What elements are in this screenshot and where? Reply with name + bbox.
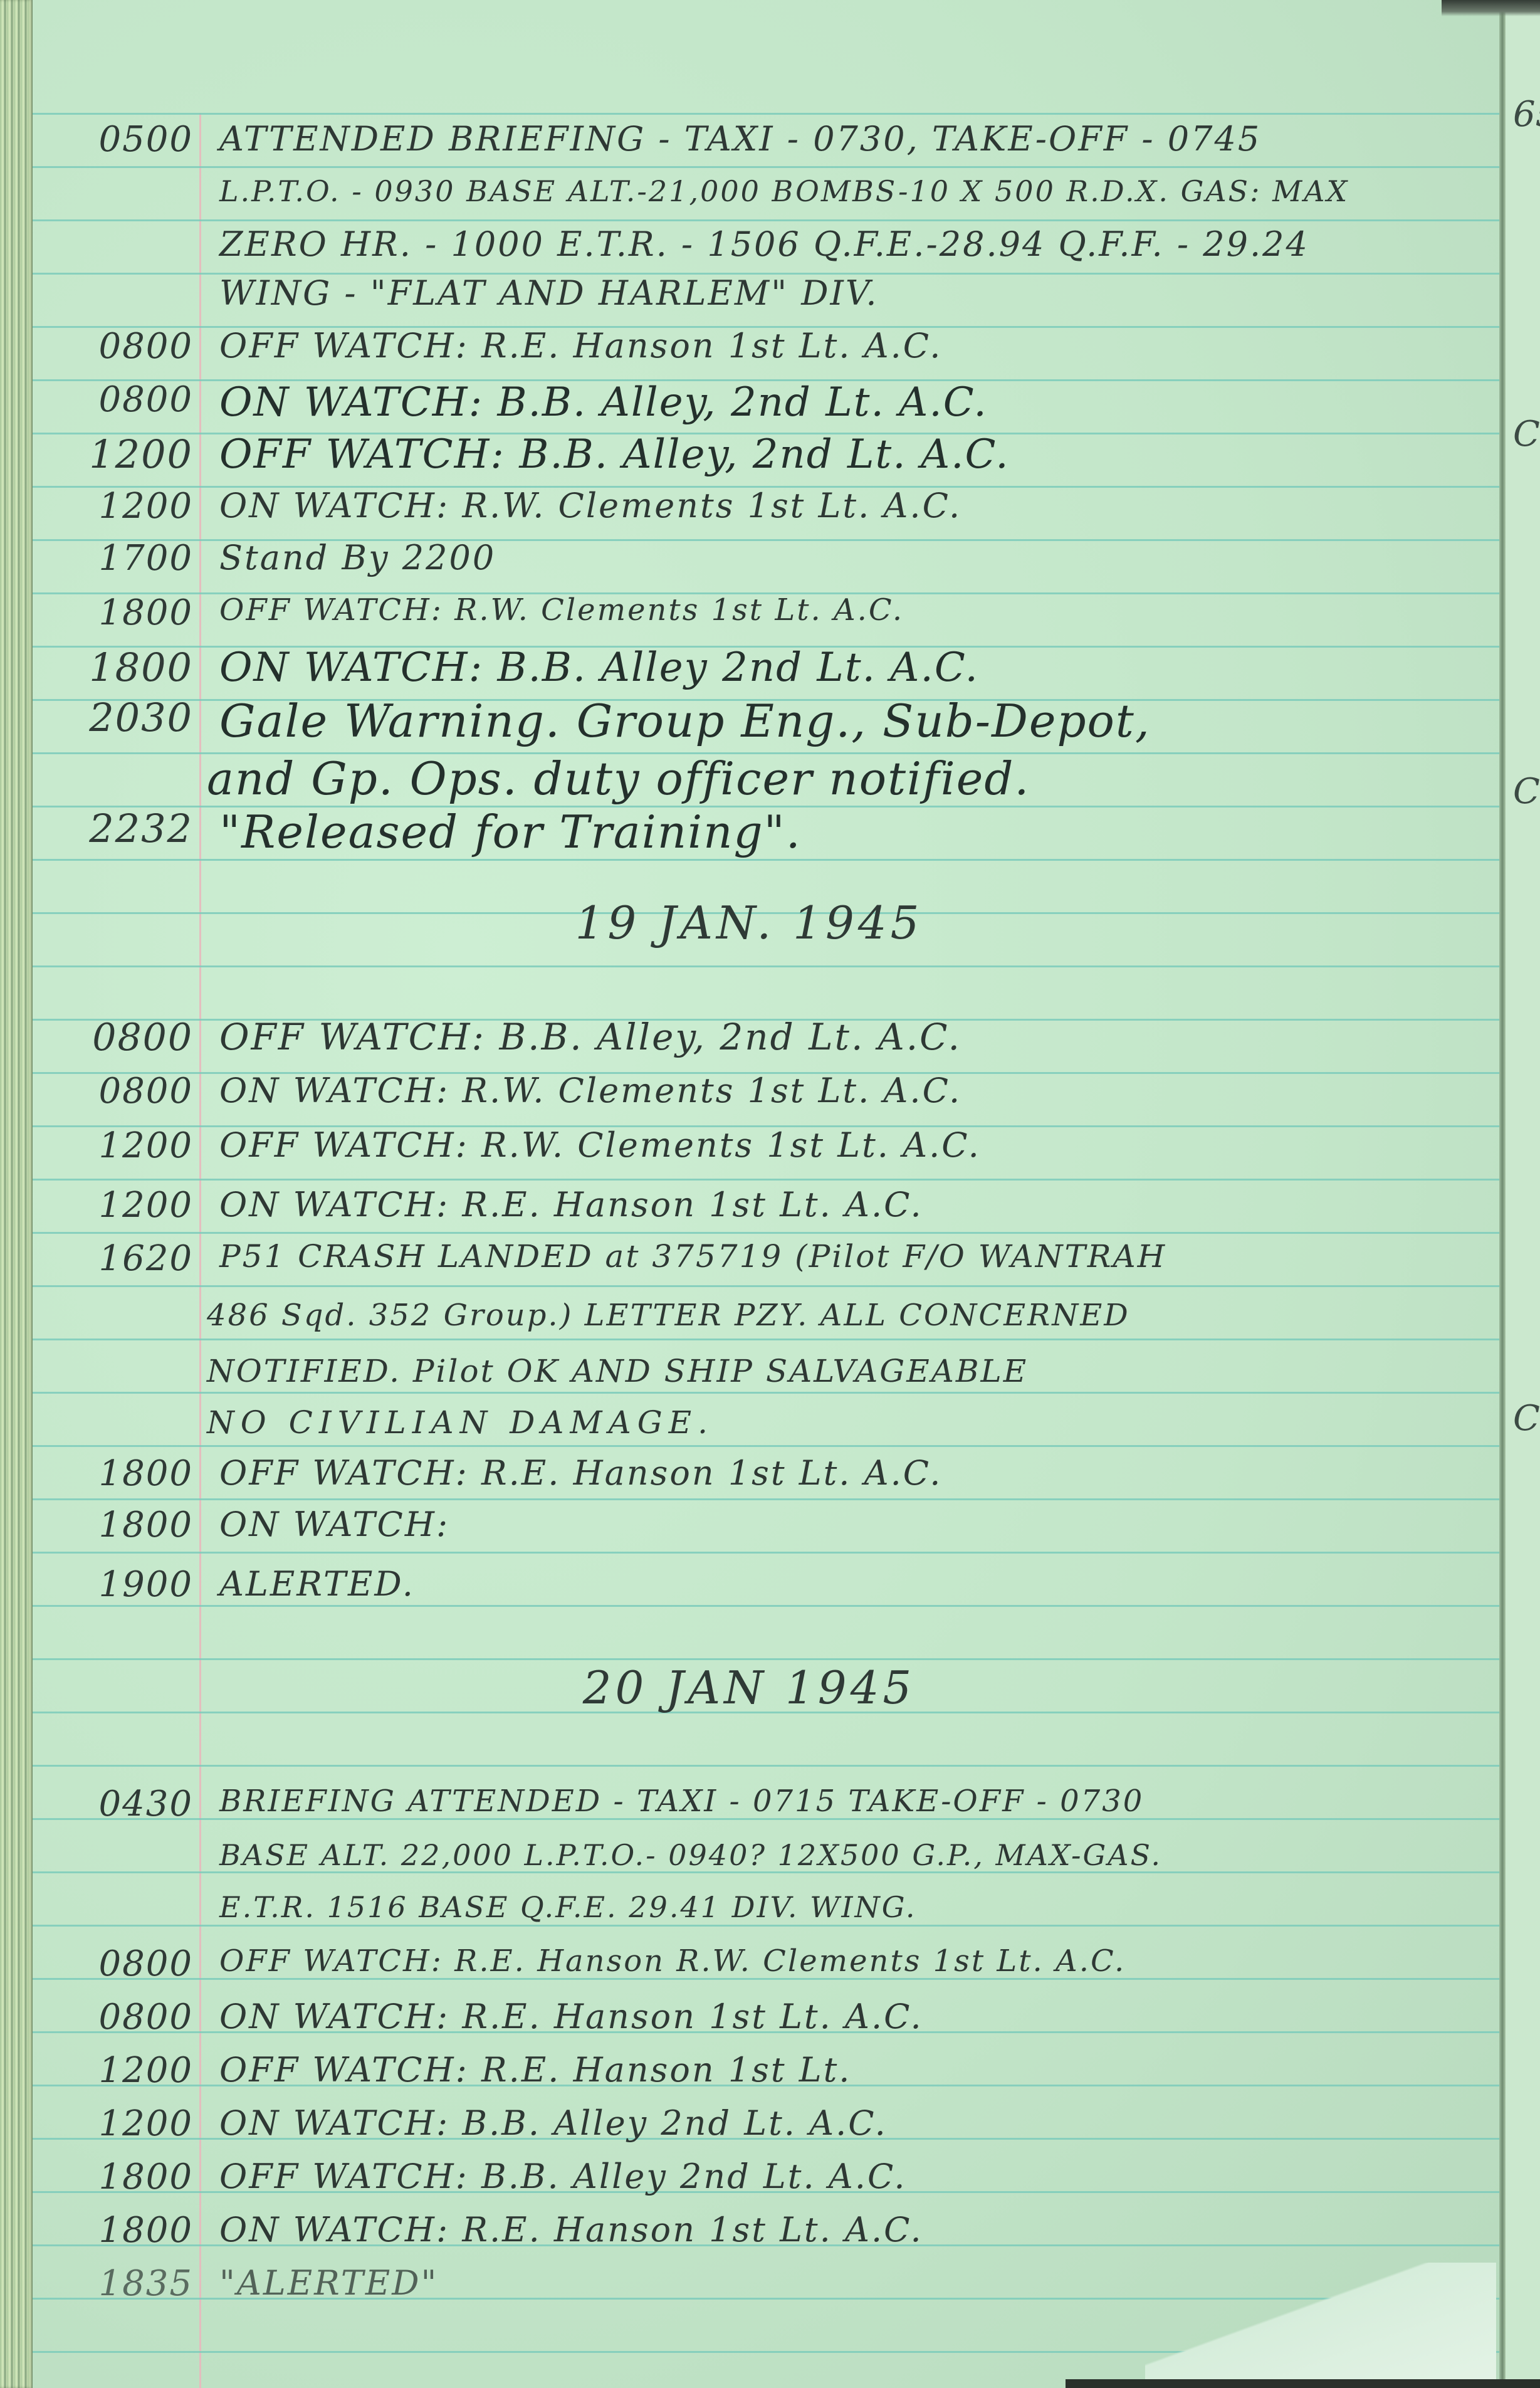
ruled-line [33, 1179, 1499, 1181]
ruled-line [33, 113, 1499, 115]
entry-time: 0800 [55, 1016, 193, 1060]
entry-text: ON WATCH: B.B. Alley 2nd Lt. A.C. [219, 2103, 1479, 2143]
log-entry: 1800 ON WATCH: B.B. Alley 2nd Lt. A.C. [0, 644, 1498, 695]
entry-text: ON WATCH: B.B. Alley, 2nd Lt. A.C. [219, 379, 1479, 426]
log-entry: 0800 OFF WATCH: R.E. Hanson R.W. Clement… [0, 1944, 1498, 1994]
binding-shadow [1442, 0, 1540, 16]
entry-time: 1200 [55, 486, 193, 527]
entry-time: 1700 [55, 538, 193, 579]
entry-time: 1200 [55, 2103, 193, 2144]
log-entry: 1800 ON WATCH: R.E. Hanson 1st Lt. A.C. [0, 2210, 1498, 2260]
log-entry: 1200 ON WATCH: R.E. Hanson 1st Lt. A.C. [0, 1185, 1498, 1235]
entry-text: OFF WATCH: B.B. Alley 2nd Lt. A.C. [219, 2157, 1479, 2196]
adjacent-page-fragment: C [1513, 1398, 1540, 1439]
entry-time: 1200 [55, 1125, 193, 1166]
entry-time: 0800 [55, 1944, 193, 1984]
entry-text: OFF WATCH: B.B. Alley, 2nd Lt. A.C. [219, 1016, 1479, 1058]
log-entry: 0800 ON WATCH: R.W. Clements 1st Lt. A.C… [0, 1071, 1498, 1121]
ruled-line [33, 1658, 1499, 1660]
entry-text: OFF WATCH: R.E. Hanson 1st Lt. A.C. [219, 1453, 1479, 1493]
entry-text: ON WATCH: R.E. Hanson 1st Lt. A.C. [219, 1185, 1479, 1224]
entry-time: 1800 [55, 1453, 193, 1494]
book-spine [1499, 0, 1506, 2388]
entry-time: 1835 [55, 2263, 193, 2304]
log-entry: 0800 OFF WATCH: B.B. Alley, 2nd Lt. A.C. [0, 1016, 1498, 1066]
entry-time: 1800 [55, 644, 193, 690]
entry-time: 1800 [55, 2210, 193, 2251]
log-entry: 1835 "ALERTED" [0, 2263, 1498, 2313]
entry-text: BRIEFING ATTENDED - TAXI - 0715 TAKE-OFF… [219, 1784, 1479, 1819]
log-entry: 1200 ON WATCH: R.W. Clements 1st Lt. A.C… [0, 486, 1498, 536]
log-entry: 1620 P51 CRASH LANDED at 375719 (Pilot F… [0, 1238, 1498, 1288]
entry-text: and Gp. Ops. duty officer notified. [207, 752, 1479, 805]
entry-time: 2232 [55, 806, 193, 851]
date-heading: 19 JAN. 1945 [0, 897, 1498, 949]
log-entry: 0430 BRIEFING ATTENDED - TAXI - 0715 TAK… [0, 1784, 1498, 1834]
entry-text: OFF WATCH: R.E. Hanson 1st Lt. A.C. [219, 326, 1479, 366]
entry-text: ZERO HR. - 1000 E.T.R. - 1506 Q.F.E.-28.… [219, 224, 1479, 264]
log-entry-continuation: BASE ALT. 22,000 L.P.T.O.- 0940? 12X500 … [0, 1838, 1498, 1888]
entry-text: Gale Warning. Group Eng., Sub-Depot, [219, 695, 1479, 747]
entry-text: ON WATCH: R.W. Clements 1st Lt. A.C. [219, 486, 1479, 525]
log-entry-continuation: L.P.T.O. - 0930 BASE ALT.-21,000 BOMBS-1… [0, 174, 1498, 224]
log-entry-continuation: NO CIVILIAN DAMAGE. [0, 1404, 1498, 1454]
log-entry: 1700 Stand By 2200 [0, 538, 1498, 588]
adjacent-page-fragment: 65 [1513, 94, 1540, 135]
entry-text: Stand By 2200 [219, 538, 1479, 577]
log-entry: 0500 ATTENDED BRIEFING - TAXI - 0730, TA… [0, 119, 1498, 169]
entry-time: 1800 [55, 592, 193, 633]
entry-text: ALERTED. [219, 1564, 1479, 1604]
entry-text: OFF WATCH: R.W. Clements 1st Lt. A.C. [219, 592, 1479, 628]
entry-text: E.T.R. 1516 BASE Q.F.E. 29.41 DIV. WING. [219, 1890, 1479, 1924]
log-entry: 1200 ON WATCH: B.B. Alley 2nd Lt. A.C. [0, 2103, 1498, 2154]
log-entry: 1800 OFF WATCH: R.E. Hanson 1st Lt. A.C. [0, 1453, 1498, 1503]
log-entry-continuation: ZERO HR. - 1000 E.T.R. - 1506 Q.F.E.-28.… [0, 224, 1498, 275]
log-entry: 1800 OFF WATCH: B.B. Alley 2nd Lt. A.C. [0, 2157, 1498, 2207]
entry-text: "ALERTED" [219, 2263, 1479, 2303]
entry-time: 2030 [55, 695, 193, 740]
adjacent-page-fragment: C [1513, 414, 1540, 455]
entry-time: 1200 [55, 2050, 193, 2091]
log-entry-continuation: and Gp. Ops. duty officer notified. [0, 752, 1498, 802]
log-entry-continuation: WING - "FLAT AND HARLEM" DIV. [0, 273, 1498, 323]
entry-time: 1800 [55, 2157, 193, 2197]
desk-edge [1066, 2379, 1540, 2388]
entry-text: ON WATCH: B.B. Alley 2nd Lt. A.C. [219, 644, 1479, 691]
entry-text: OFF WATCH: R.E. Hanson R.W. Clements 1st… [219, 1944, 1479, 1979]
entry-text: OFF WATCH: R.E. Hanson 1st Lt. [219, 2050, 1479, 2090]
date-heading: 20 JAN 1945 [0, 1661, 1498, 1714]
entry-text: BASE ALT. 22,000 L.P.T.O.- 0940? 12X500 … [219, 1838, 1479, 1872]
entry-text: ATTENDED BRIEFING - TAXI - 0730, TAKE-OF… [219, 119, 1479, 159]
entry-text: ON WATCH: [219, 1505, 1479, 1544]
log-entry: 0800 OFF WATCH: R.E. Hanson 1st Lt. A.C. [0, 326, 1498, 376]
log-entry: 2232 "Released for Training". [0, 806, 1498, 856]
entry-time: 1200 [55, 1185, 193, 1226]
entry-text: WING - "FLAT AND HARLEM" DIV. [219, 273, 1479, 313]
log-entry: 0800 ON WATCH: B.B. Alley, 2nd Lt. A.C. [0, 379, 1498, 429]
ruled-line [33, 859, 1499, 861]
log-entry-continuation: NOTIFIED. Pilot OK AND SHIP SALVAGEABLE [0, 1353, 1498, 1403]
log-page: 65 C C C 0500 ATTENDED BRIEFING - TAXI -… [0, 0, 1540, 2388]
entry-text: ON WATCH: R.E. Hanson 1st Lt. A.C. [219, 1997, 1479, 2036]
adjacent-page: 65 C C C [1506, 0, 1540, 2388]
log-entry-continuation: 486 Sqd. 352 Group.) LETTER PZY. ALL CON… [0, 1298, 1498, 1348]
entry-time: 0800 [55, 379, 193, 420]
entry-text: OFF WATCH: B.B. Alley, 2nd Lt. A.C. [219, 431, 1479, 478]
entry-time: 0800 [55, 1997, 193, 2038]
entry-text: OFF WATCH: R.W. Clements 1st Lt. A.C. [219, 1125, 1479, 1165]
entry-time: 1620 [55, 1238, 193, 1279]
entry-time: 0800 [55, 326, 193, 367]
log-entry-continuation: E.T.R. 1516 BASE Q.F.E. 29.41 DIV. WING. [0, 1890, 1498, 1940]
entry-text: NO CIVILIAN DAMAGE. [207, 1404, 1479, 1441]
entry-text: "Released for Training". [219, 806, 1479, 858]
log-entry: 2030 Gale Warning. Group Eng., Sub-Depot… [0, 695, 1498, 745]
ruled-line [33, 965, 1499, 967]
log-entry: 0800 ON WATCH: R.E. Hanson 1st Lt. A.C. [0, 1997, 1498, 2047]
log-entry: 1800 ON WATCH: [0, 1505, 1498, 1555]
log-entry: 1800 OFF WATCH: R.W. Clements 1st Lt. A.… [0, 592, 1498, 643]
entry-text: 486 Sqd. 352 Group.) LETTER PZY. ALL CON… [207, 1298, 1479, 1333]
entry-text: L.P.T.O. - 0930 BASE ALT.-21,000 BOMBS-1… [219, 174, 1479, 208]
entry-time: 0430 [55, 1784, 193, 1824]
log-entry: 1200 OFF WATCH: B.B. Alley, 2nd Lt. A.C. [0, 431, 1498, 481]
log-entry: 1200 OFF WATCH: R.W. Clements 1st Lt. A.… [0, 1125, 1498, 1176]
entry-time: 1200 [55, 431, 193, 477]
ruled-line [33, 1765, 1499, 1767]
entry-time: 0500 [55, 119, 193, 160]
entry-text: NOTIFIED. Pilot OK AND SHIP SALVAGEABLE [207, 1353, 1479, 1389]
entry-time: 1800 [55, 1505, 193, 1545]
log-entry: 1200 OFF WATCH: R.E. Hanson 1st Lt. [0, 2050, 1498, 2100]
entry-text: ON WATCH: R.W. Clements 1st Lt. A.C. [219, 1071, 1479, 1110]
entry-time: 1900 [55, 1564, 193, 1605]
adjacent-page-fragment: C [1513, 771, 1540, 812]
entry-time: 0800 [55, 1071, 193, 1112]
log-entry: 1900 ALERTED. [0, 1564, 1498, 1614]
entry-text: P51 CRASH LANDED at 375719 (Pilot F/O WA… [219, 1238, 1479, 1275]
entry-text: ON WATCH: R.E. Hanson 1st Lt. A.C. [219, 2210, 1479, 2249]
